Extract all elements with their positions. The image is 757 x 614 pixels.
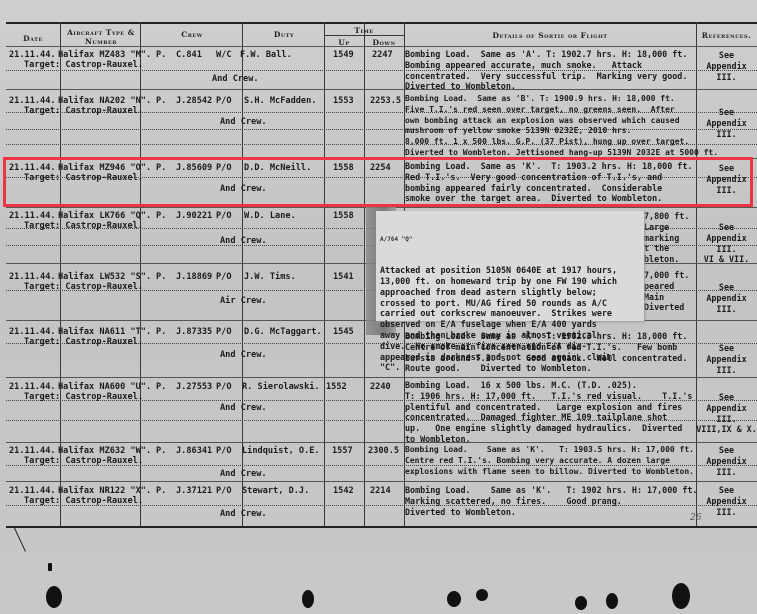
row-crew-rank: P/O bbox=[216, 446, 232, 456]
row-aircraft: Halifax LK766 "Q". bbox=[58, 211, 151, 221]
row-crew-p: P. bbox=[156, 50, 166, 60]
row-aircraft: Halifax NA611 "T". bbox=[58, 327, 151, 337]
row-crew-number: J.90221 bbox=[176, 211, 212, 221]
ink-blot bbox=[606, 593, 618, 609]
row-crew-name: S.H. McFadden. bbox=[244, 96, 316, 106]
ink-blot bbox=[48, 563, 52, 571]
col-divider bbox=[364, 22, 365, 526]
note-text: Attacked at position 5105N 0640E at 1917… bbox=[380, 265, 640, 373]
row-crew-name: J.W. Tims. bbox=[244, 272, 296, 282]
ink-blot bbox=[575, 596, 587, 610]
highlight-box bbox=[3, 157, 753, 207]
col-divider bbox=[324, 22, 325, 526]
row-crew-rank: P/O bbox=[216, 272, 232, 282]
row-crew-number: J.87335 bbox=[176, 327, 212, 337]
row-crew-number: J.18869 bbox=[176, 272, 212, 282]
row-target: Target: Castrop-Rauxel. bbox=[24, 60, 143, 70]
operations-record-page: Date Aircraft Type & Number Crew Duty Ti… bbox=[0, 0, 757, 614]
row-crew-name: Lindquist, O.E. bbox=[242, 446, 320, 456]
row-crew-name: Stewart, D.J. bbox=[242, 486, 309, 496]
row-target: Target: Castrop-Rauxel. bbox=[24, 221, 143, 231]
row-crew-rank: W/C bbox=[216, 50, 232, 60]
row-details-visible: 7,800 ft. Large marking t the bleton. bbox=[644, 211, 696, 265]
row-time-up: 1545 bbox=[333, 327, 354, 337]
row-crew-rank: P/O bbox=[216, 382, 232, 392]
row-crew-note: And Crew. bbox=[220, 236, 267, 246]
row-time-up: 1542 bbox=[333, 486, 354, 496]
header-crew: Crew bbox=[142, 30, 242, 39]
row-target: Target: Castrop-Rauxel. bbox=[24, 456, 143, 466]
row-target: Target: Castrop-Rauxel. bbox=[24, 282, 143, 292]
note-header-fragment: A/764 "Q" bbox=[380, 236, 640, 244]
header-references: References. bbox=[696, 31, 757, 40]
table-top-border bbox=[6, 22, 757, 24]
row-crew-note: Air Crew. bbox=[220, 296, 267, 306]
row-crew-p: P. bbox=[156, 382, 166, 392]
row-time-down: 2253.5 bbox=[370, 96, 401, 106]
page-number-scrawl: 26 bbox=[690, 513, 701, 523]
row-target: Target: Castrop-Rauxel. bbox=[24, 496, 143, 506]
row-date: 21.11.44. bbox=[9, 327, 56, 337]
row-aircraft: Halifax NA202 "N". bbox=[58, 96, 151, 106]
row-references: See Appendix III. VI & VII. bbox=[696, 222, 757, 265]
row-crew-rank: P/O bbox=[216, 486, 232, 496]
row-time-up: 1549 bbox=[333, 50, 354, 60]
row-crew-name: R. Sierolawski. bbox=[242, 382, 320, 392]
row-aircraft: Halifax NA600 "U". bbox=[58, 382, 151, 392]
row-target: Target: Castrop-Rauxel. bbox=[24, 337, 143, 347]
row-crew-p: P. bbox=[156, 446, 166, 456]
row-date: 21.11.44. bbox=[9, 446, 56, 456]
row-details: Bombing Load. Same as 'B'. T: 1900.9 hrs… bbox=[405, 94, 713, 159]
header-details: Details of Sortie or Flight bbox=[404, 31, 696, 40]
row-date: 21.11.44. bbox=[9, 96, 56, 106]
row-crew-number: J.86341 bbox=[176, 446, 212, 456]
row-crew-note: And Crew. bbox=[220, 350, 267, 360]
row-details: Bombing Load. Same as 'K'. T: 1902 hrs. … bbox=[405, 485, 713, 517]
row-time-down: 2214 bbox=[370, 486, 391, 496]
row-crew-rank: P/O bbox=[216, 96, 232, 106]
row-references: See Appendix III. bbox=[696, 50, 757, 82]
row-aircraft: Halifax NR122 "X". bbox=[58, 486, 151, 496]
header-duty: Duty bbox=[244, 30, 324, 39]
row-crew-name: D.G. McTaggart. bbox=[244, 327, 322, 337]
row-crew-number: C.841 bbox=[176, 50, 202, 60]
ink-blot bbox=[46, 586, 62, 608]
row-date: 21.11.44. bbox=[9, 50, 56, 60]
row-target: Target: Castrop-Rauxel. bbox=[24, 106, 143, 116]
row-time-up: 1558 bbox=[333, 211, 354, 221]
row-crew-note: And Crew. bbox=[220, 117, 267, 127]
row-date: 21.11.44. bbox=[9, 272, 56, 282]
table-bottom-border bbox=[6, 526, 757, 528]
row-details-visible: 7,000 ft. peared Main Diverted bbox=[644, 270, 696, 313]
row-crew-note: And Crew. bbox=[220, 469, 267, 479]
row-crew-p: P. bbox=[156, 211, 166, 221]
row-crew-p: P. bbox=[156, 486, 166, 496]
row-separator bbox=[6, 481, 757, 482]
row-crew-rank: P/O bbox=[216, 211, 232, 221]
row-references: See Appendix III. bbox=[696, 485, 757, 517]
time-header-divider bbox=[324, 35, 404, 36]
row-time-up: 1552 bbox=[326, 382, 347, 392]
row-crew-p: P. bbox=[156, 96, 166, 106]
row-crew-note: And Crew. bbox=[212, 74, 259, 84]
row-details: Bombing Load. Same as 'K'. T: 1903.5 hrs… bbox=[405, 445, 713, 477]
row-references: See Appendix III. bbox=[696, 107, 757, 139]
pasted-combat-report-note: A/764 "Q" Attacked at position 5105N 064… bbox=[376, 211, 644, 321]
row-time-down: 2247 bbox=[372, 50, 393, 60]
row-aircraft: Halifax MZ632 "W". bbox=[58, 446, 151, 456]
ink-blot bbox=[476, 589, 488, 601]
header-date: Date bbox=[6, 34, 60, 43]
ink-blot bbox=[302, 590, 314, 608]
pen-mark bbox=[14, 528, 26, 552]
row-crew-number: J.27553 bbox=[176, 382, 212, 392]
row-details: Bombing Load. Same as 'A'. T: 1902.7 hrs… bbox=[405, 49, 713, 92]
row-references: See Appendix III. VIII,IX & X. bbox=[696, 392, 757, 435]
header-aircraft: Aircraft Type & Number bbox=[62, 28, 140, 46]
row-crew-rank: P/O bbox=[216, 327, 232, 337]
row-crew-name: F.W. Ball. bbox=[240, 50, 292, 60]
row-crew-note: And Crew. bbox=[220, 509, 267, 519]
row-aircraft: Halifax MZ483 "M". bbox=[58, 50, 151, 60]
row-time-down: 2300.5 bbox=[368, 446, 399, 456]
row-date: 21.11.44. bbox=[9, 382, 56, 392]
row-time-up: 1541 bbox=[333, 272, 354, 282]
row-crew-name: W.D. Lane. bbox=[244, 211, 296, 221]
header-time: Time bbox=[324, 26, 404, 35]
row-crew-p: P. bbox=[156, 327, 166, 337]
row-time-up: 1557 bbox=[332, 446, 353, 456]
row-crew-note: And Crew. bbox=[220, 403, 267, 413]
header-bottom-border bbox=[6, 46, 757, 47]
ink-blot bbox=[447, 591, 461, 607]
row-target: Target: Castrop-Rauxel. bbox=[24, 392, 143, 402]
row-crew-p: P. bbox=[156, 272, 166, 282]
row-crew-number: J.37121 bbox=[176, 486, 212, 496]
ink-blot bbox=[672, 583, 690, 609]
row-references: See Appendix III. bbox=[696, 282, 757, 314]
row-references: See Appendix III. bbox=[696, 445, 757, 477]
row-aircraft: Halifax LW532 "S". bbox=[58, 272, 151, 282]
row-date: 21.11.44. bbox=[9, 211, 56, 221]
row-crew-number: J.28542 bbox=[176, 96, 212, 106]
row-references: See Appendix III. bbox=[696, 343, 757, 375]
row-time-up: 1553 bbox=[333, 96, 354, 106]
row-date: 21.11.44. bbox=[9, 486, 56, 496]
